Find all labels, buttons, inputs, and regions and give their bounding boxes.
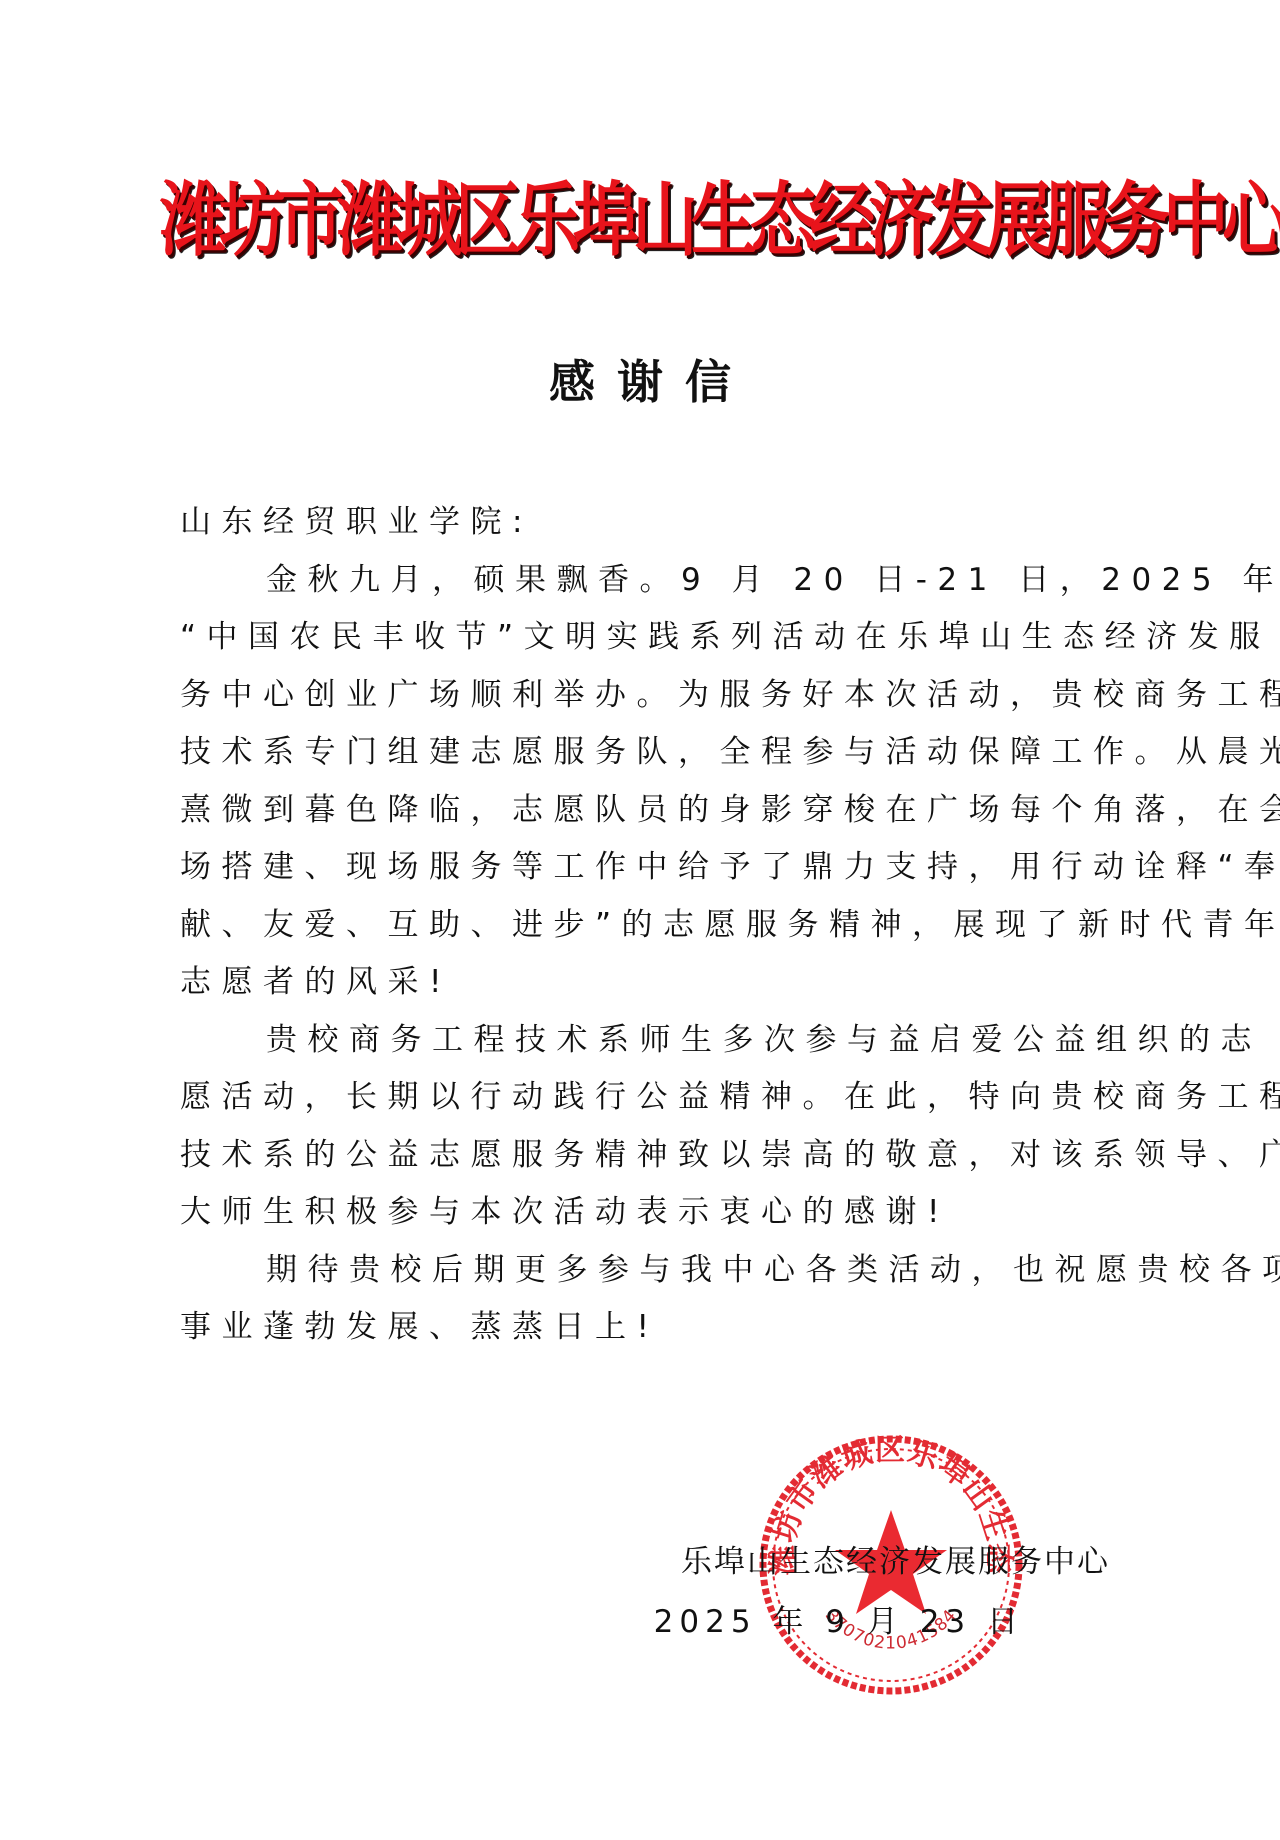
paragraph-1-line: 志愿者的风采!	[180, 954, 1110, 1012]
paragraph-1-line: 献、友爱、互助、进步”的志愿服务精神，展现了新时代青年	[180, 897, 1110, 955]
signature-block: 乐埠山生态经济发展服务中心 2025 年 9 月 23 日	[650, 1532, 1110, 1652]
document-title: 感谢信	[0, 352, 1280, 412]
letterhead-title: 潍坊市潍城区乐埠山生态经济发展服务中心	[160, 166, 1124, 276]
salutation: 山东经贸职业学院:	[180, 494, 1110, 552]
paragraph-3-line: 事业蓬勃发展、蒸蒸日上!	[180, 1299, 1110, 1357]
letter-page: 潍坊市潍城区乐埠山生态经济发展服务中心 感谢信 山东经贸职业学院: 金秋九月，硕…	[0, 0, 1280, 1840]
paragraph-1-line: 金秋九月，硕果飘香。9 月 20 日-21 日，2025 年潍城区	[180, 552, 1110, 610]
paragraph-2-line: 大师生积极参与本次活动表示衷心的感谢!	[180, 1184, 1110, 1242]
paragraph-1-line: 务中心创业广场顺利举办。为服务好本次活动，贵校商务工程	[180, 667, 1110, 725]
signature-date: 2025 年 9 月 23 日	[650, 1592, 1110, 1652]
paragraph-1-line: “中国农民丰收节”文明实践系列活动在乐埠山生态经济发服	[180, 609, 1110, 667]
letter-body: 山东经贸职业学院: 金秋九月，硕果飘香。9 月 20 日-21 日，2025 年…	[180, 494, 1110, 1357]
paragraph-2-line: 技术系的公益志愿服务精神致以崇高的敬意，对该系领导、广	[180, 1127, 1110, 1185]
paragraph-2-line: 贵校商务工程技术系师生多次参与益启爱公益组织的志	[180, 1012, 1110, 1070]
signature-organization: 乐埠山生态经济发展服务中心	[650, 1532, 1110, 1592]
paragraph-3-line: 期待贵校后期更多参与我中心各类活动，也祝愿贵校各项	[180, 1242, 1110, 1300]
paragraph-1-line: 熹微到暮色降临，志愿队员的身影穿梭在广场每个角落，在会	[180, 782, 1110, 840]
paragraph-1-line: 技术系专门组建志愿服务队，全程参与活动保障工作。从晨光	[180, 724, 1110, 782]
paragraph-1-line: 场搭建、现场服务等工作中给予了鼎力支持，用行动诠释“奉	[180, 839, 1110, 897]
paragraph-2-line: 愿活动，长期以行动践行公益精神。在此，特向贵校商务工程	[180, 1069, 1110, 1127]
